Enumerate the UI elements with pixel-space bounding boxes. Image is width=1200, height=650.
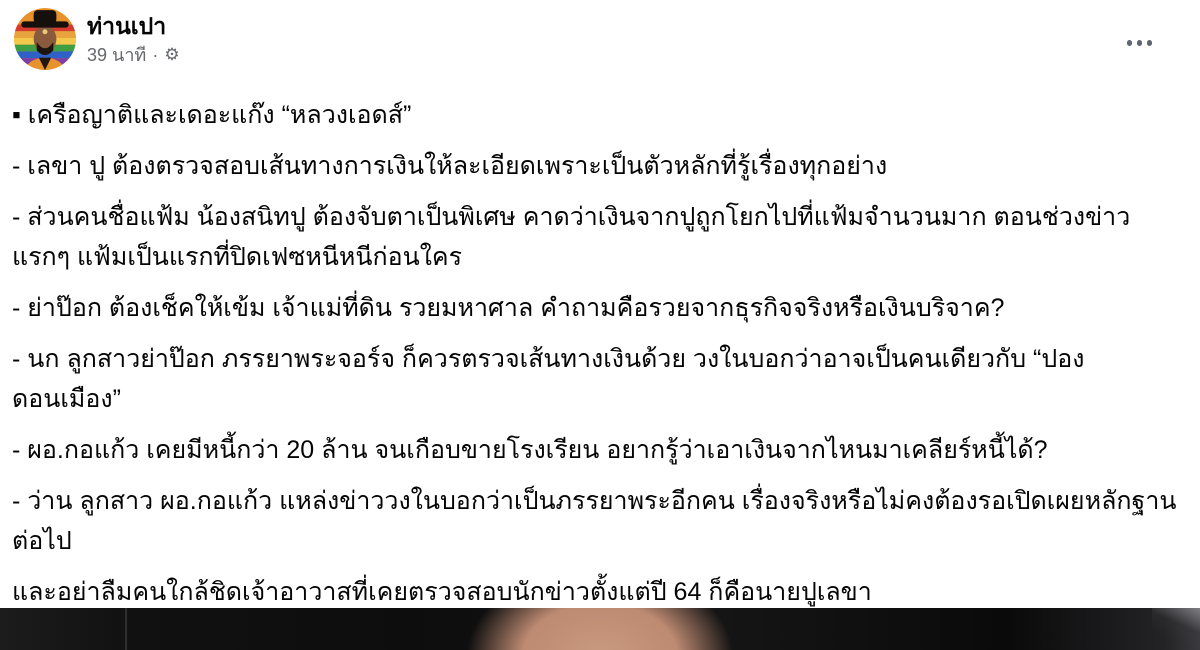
- post-header: ท่านเปา 39 นาที · ⚙: [0, 0, 1200, 86]
- ellipsis-icon: [1147, 40, 1153, 46]
- more-options-button[interactable]: [1121, 34, 1159, 52]
- timestamp[interactable]: 39 นาที: [87, 42, 146, 68]
- post-paragraph: - เลขา ปู ต้องตรวจสอบเส้นทางการเงินให้ละ…: [12, 146, 1186, 186]
- post-paragraph: - ว่าน ลูกสาว ผอ.กอแก้ว แหล่งข่าววงในบอก…: [12, 481, 1186, 561]
- post-paragraph: - ผอ.กอแก้ว เคยมีหนี้กว่า 20 ล้าน จนเกือ…: [12, 430, 1186, 470]
- photo-detail: [1152, 608, 1200, 650]
- author-name[interactable]: ท่านเปา: [87, 11, 180, 42]
- post-paragraph: และอย่าลืมคนใกล้ชิดเจ้าอาวาสที่เคยตรวจสอ…: [12, 572, 1186, 612]
- ellipsis-icon: [1127, 40, 1133, 46]
- photo-detail: [125, 608, 127, 650]
- attached-photo[interactable]: [0, 608, 1200, 650]
- post-body: ▪ เครือญาติและเดอะแก๊ง “หลวงเอดส์” - เลข…: [0, 86, 1200, 612]
- header-text: ท่านเปา 39 นาที · ⚙: [87, 8, 180, 68]
- privacy-gear-icon[interactable]: ⚙: [164, 42, 179, 68]
- post-paragraph: - ส่วนคนชื่อแฟ้ม น้องสนิทปู ต้องจับตาเป็…: [12, 197, 1186, 277]
- facebook-post: ท่านเปา 39 นาที · ⚙ ▪ เครือญาติและเดอะแก…: [0, 0, 1200, 650]
- avatar-image: [14, 8, 76, 70]
- post-meta: 39 นาที · ⚙: [87, 42, 180, 68]
- post-paragraph: ▪ เครือญาติและเดอะแก๊ง “หลวงเอดส์”: [12, 95, 1186, 135]
- ellipsis-icon: [1137, 40, 1143, 46]
- post-paragraph: - ย่าป๊อก ต้องเช็คให้เข้ม เจ้าแม่ที่ดิน …: [12, 288, 1186, 328]
- meta-separator: ·: [152, 42, 158, 68]
- post-paragraph: - นก ลูกสาวย่าป๊อก ภรรยาพระจอร์จ ก็ควรตร…: [12, 339, 1186, 419]
- avatar[interactable]: [14, 8, 76, 70]
